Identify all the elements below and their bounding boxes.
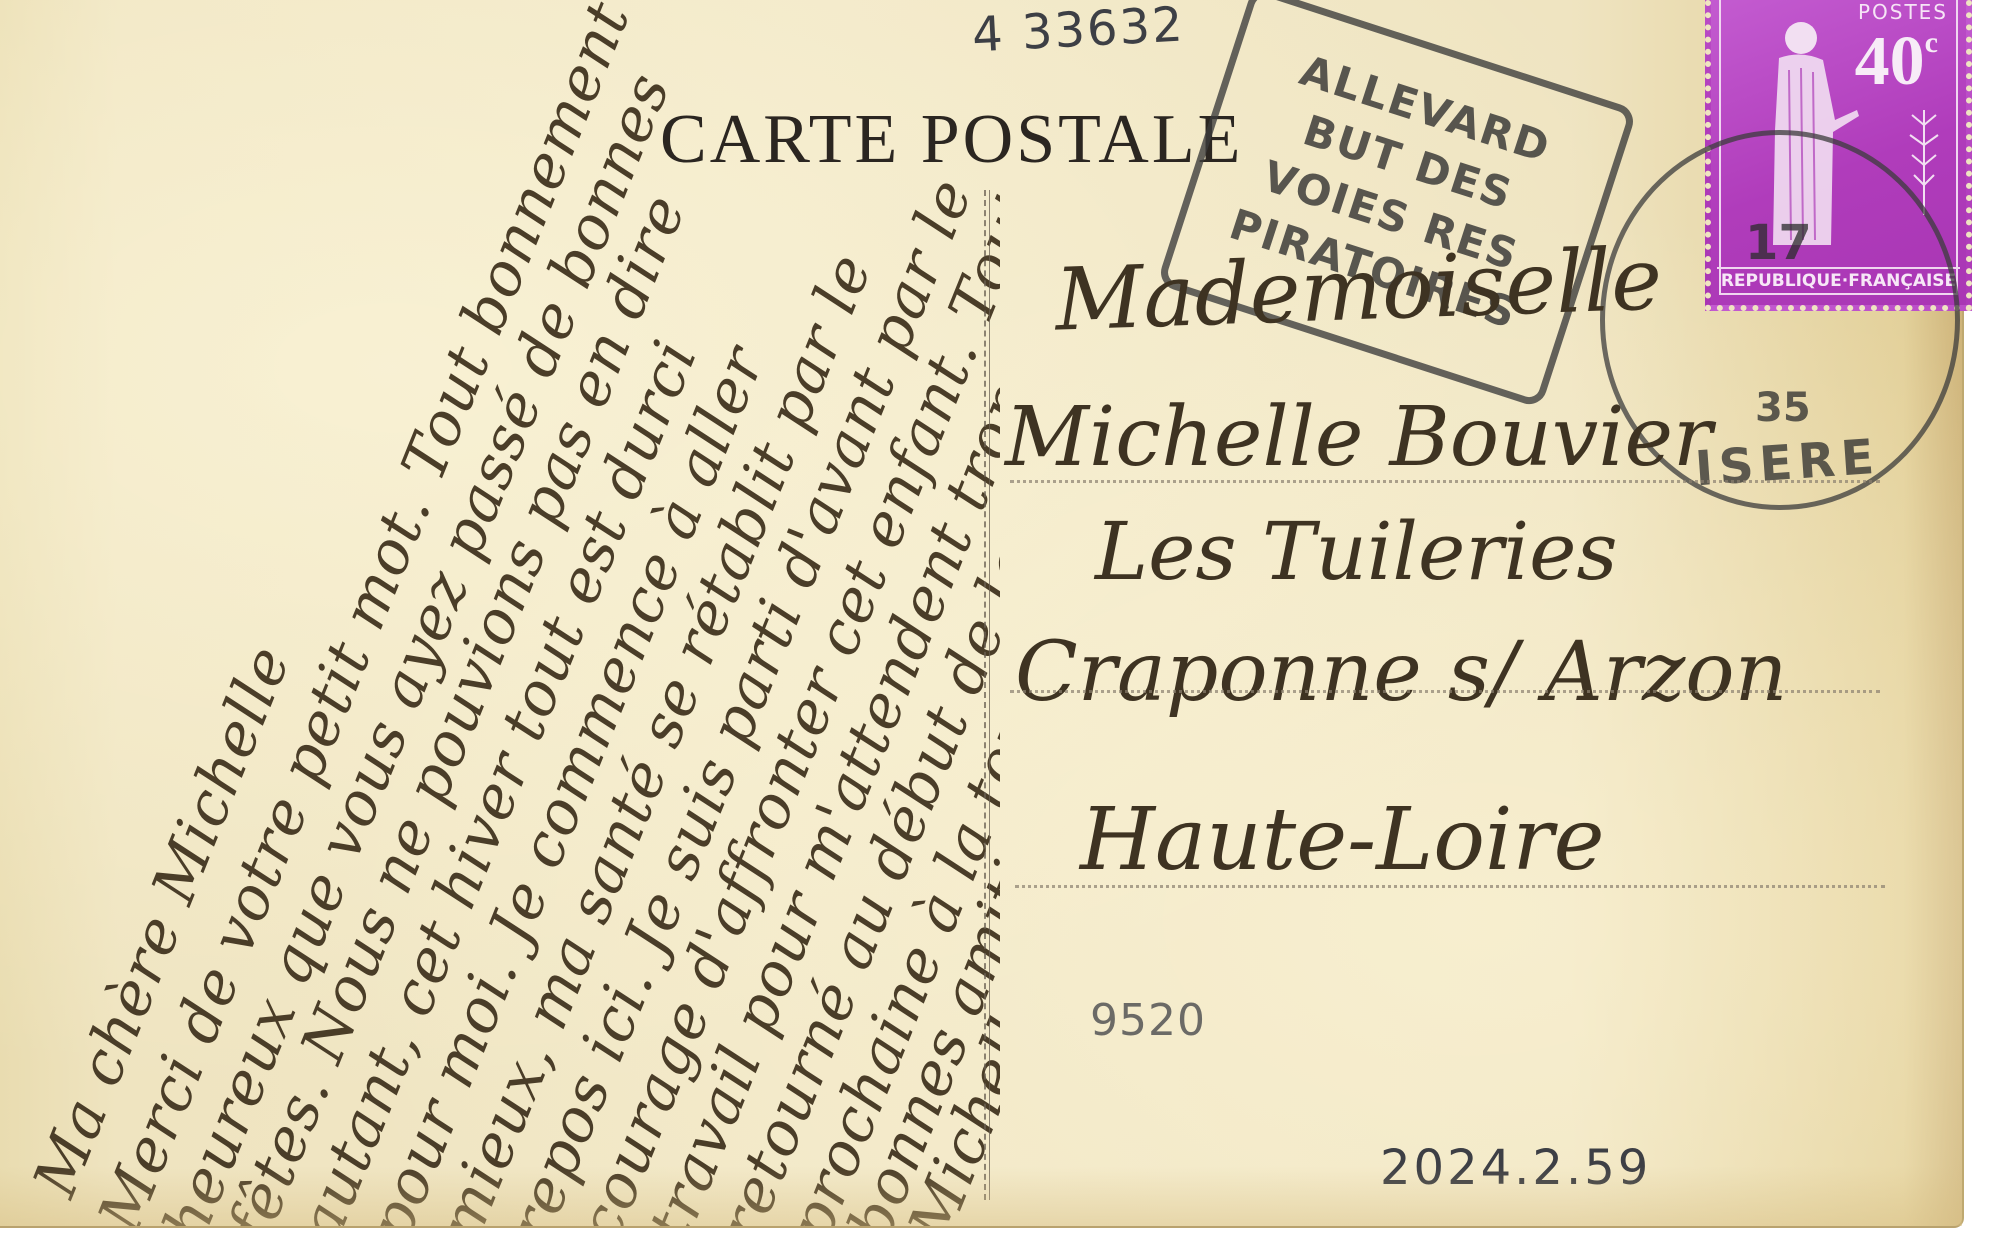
postmark-day: 17 xyxy=(1745,215,1812,271)
stamp-value: 40c xyxy=(1855,22,1938,102)
address-dotted-line xyxy=(1010,690,1880,693)
reference-number: 4 33632 xyxy=(971,0,1186,64)
address-line-region: Haute-Loire xyxy=(1080,790,1605,890)
postmark-place: ISERE xyxy=(1693,429,1881,498)
address-line-town: Craponne s/ Arzon xyxy=(1015,625,1787,720)
stamp-value-number: 40 xyxy=(1855,23,1925,100)
postmark-year: 35 xyxy=(1755,385,1811,431)
card-heading: CARTE POSTALE xyxy=(660,100,1243,180)
slogan-cancel-stamp: ALLEVARD BUT DES VOIES RES PIRATOIRES xyxy=(1156,0,1637,409)
address-line-name: Michelle Bouvier xyxy=(1005,390,1712,485)
accession-number: 2024.2.59 xyxy=(1380,1140,1651,1196)
address-dotted-line xyxy=(1015,885,1885,888)
address-line-street: Les Tuileries xyxy=(1095,505,1618,598)
address-line-salutation: Mademoiselle xyxy=(1053,229,1663,350)
stamp-value-unit: c xyxy=(1925,26,1938,59)
handwritten-letter: Ma chère Michelle Merci de votre petit m… xyxy=(0,0,1000,1226)
address-divider xyxy=(984,190,990,1200)
stamp-postes-label: POSTES xyxy=(1858,0,1948,24)
postcard-back: Ma chère Michelle Merci de votre petit m… xyxy=(0,0,1964,1228)
inventory-note: 9520 xyxy=(1090,995,1206,1046)
address-dotted-line xyxy=(1010,480,1880,483)
